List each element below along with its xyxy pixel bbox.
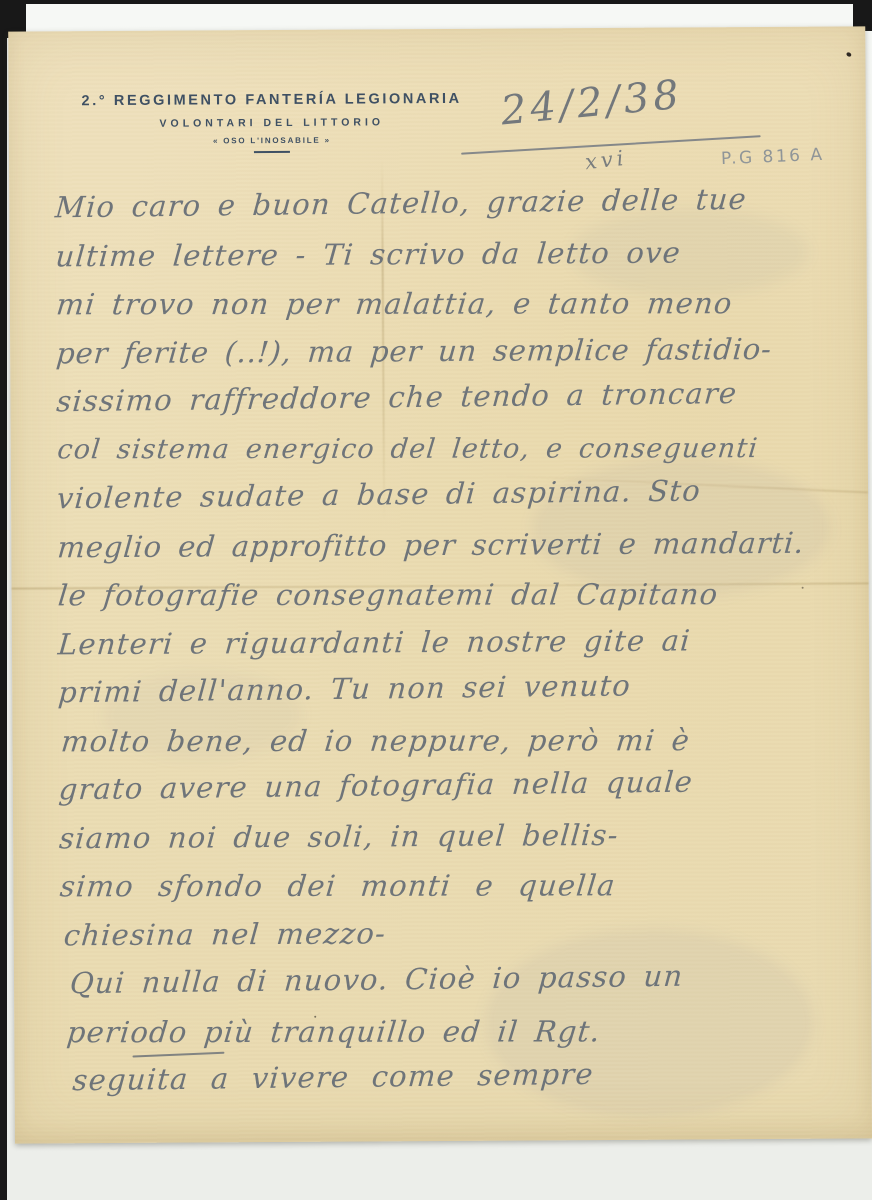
archive-pencil-mark: P.G 816 A	[721, 145, 825, 169]
handwritten-line: mi trovo non per malattia, e tanto meno	[54, 279, 839, 329]
letter-page: 2.° REGGIMENTO FANTERÍA LEGIONARIA VOLON…	[8, 26, 872, 1143]
handwritten-line: Qui nulla di nuovo. Cioè io passo un	[68, 950, 842, 1008]
handwritten-date: 24/2/38	[499, 72, 685, 135]
scanner-frame-top-edge	[0, 0, 872, 4]
handwritten-line: grato avere una fotografia nella quale	[57, 756, 841, 814]
handwritten-line: Mio caro e buon Catello, grazie delle tu…	[53, 174, 837, 232]
handwritten-line: le fotografie consegnatemi dal Capitano	[56, 570, 841, 620]
letterhead-regiment-name: 2.° REGGIMENTO FANTERÍA LEGIONARIA	[81, 91, 463, 109]
handwritten-line: seguita a vivere come sempre	[71, 1047, 843, 1105]
letterhead-unit-name: VOLONTARI DEL LITTORIO	[81, 116, 463, 130]
letter-body: Mio caro e buon Catello, grazie delle tu…	[53, 179, 839, 1105]
letterhead: 2.° REGGIMENTO FANTERÍA LEGIONARIA VOLON…	[81, 91, 463, 154]
handwritten-line: sissimo raffreddore che tendo a troncare	[55, 368, 839, 426]
fascist-era-year: xvi	[584, 146, 629, 175]
handwritten-line: meglio ed approfitto per scriverti e man…	[56, 518, 840, 571]
handwritten-line: siamo noi due soli, in quel bellis-	[57, 809, 841, 862]
paper-speck	[846, 52, 852, 58]
letterhead-divider-rule	[254, 151, 290, 153]
handwritten-line: primi dell'anno. Tu non sei venuto	[56, 659, 840, 717]
scanner-frame-left-edge	[0, 0, 7, 1200]
scanner-bed: 2.° REGGIMENTO FANTERÍA LEGIONARIA VOLON…	[0, 0, 872, 1200]
handwritten-line: simo sfondo dei monti e quella	[58, 861, 843, 911]
handwritten-line: ultime lettere - Ti scrivo da letto ove	[54, 227, 838, 280]
handwritten-line: violente sudate a base di aspirina. Sto	[55, 465, 839, 523]
letterhead-motto: « OSO L'INOSABILE »	[81, 135, 463, 146]
